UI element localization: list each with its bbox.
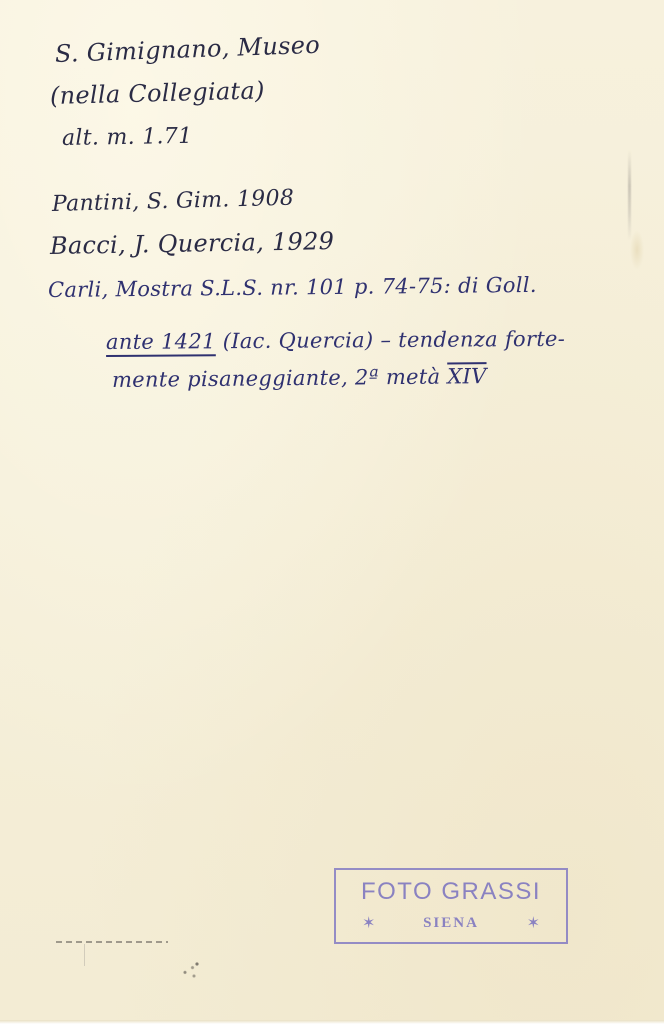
photographer-stamp: FOTO GRASSI ✶ SIENA ✶ — [334, 868, 568, 944]
note-century-text: mente pisaneggiante, 2ª metà — [112, 364, 448, 392]
ink-specks — [176, 958, 206, 982]
archive-card: S. Gimignano, Museo (nella Collegiata) a… — [0, 0, 664, 1024]
note-attribution-text: (Iac. Quercia) – tendenza forte- — [216, 327, 566, 353]
paper-crease — [628, 150, 631, 240]
pencil-smudge — [56, 941, 168, 943]
note-bibliography-pantini: Pantini, S. Gim. 1908 — [52, 186, 295, 217]
note-collegiata-line: (nella Collegiata) — [50, 76, 265, 110]
note-bibliography-bacci: Bacci, J. Quercia, 1929 — [50, 227, 335, 260]
note-date-underlined: ante 1421 — [106, 329, 216, 354]
stamp-title: FOTO GRASSI — [336, 878, 566, 906]
paper-stain — [630, 230, 644, 270]
note-location-line: S. Gimignano, Museo — [55, 31, 321, 68]
pencil-mark — [84, 944, 85, 966]
note-century-overlined: XIV — [447, 364, 487, 388]
note-attribution-line-1: ante 1421 (Iac. Quercia) – tendenza fort… — [106, 327, 565, 354]
note-attribution-line-2: mente pisaneggiante, 2ª metà XIV — [112, 364, 487, 392]
card-bottom-edge — [0, 1020, 664, 1024]
note-height-line: alt. m. 1.71 — [62, 124, 193, 151]
note-bibliography-carli: Carli, Mostra S.L.S. nr. 101 p. 74-75: d… — [48, 273, 537, 302]
star-icon: ✶ — [527, 913, 540, 933]
